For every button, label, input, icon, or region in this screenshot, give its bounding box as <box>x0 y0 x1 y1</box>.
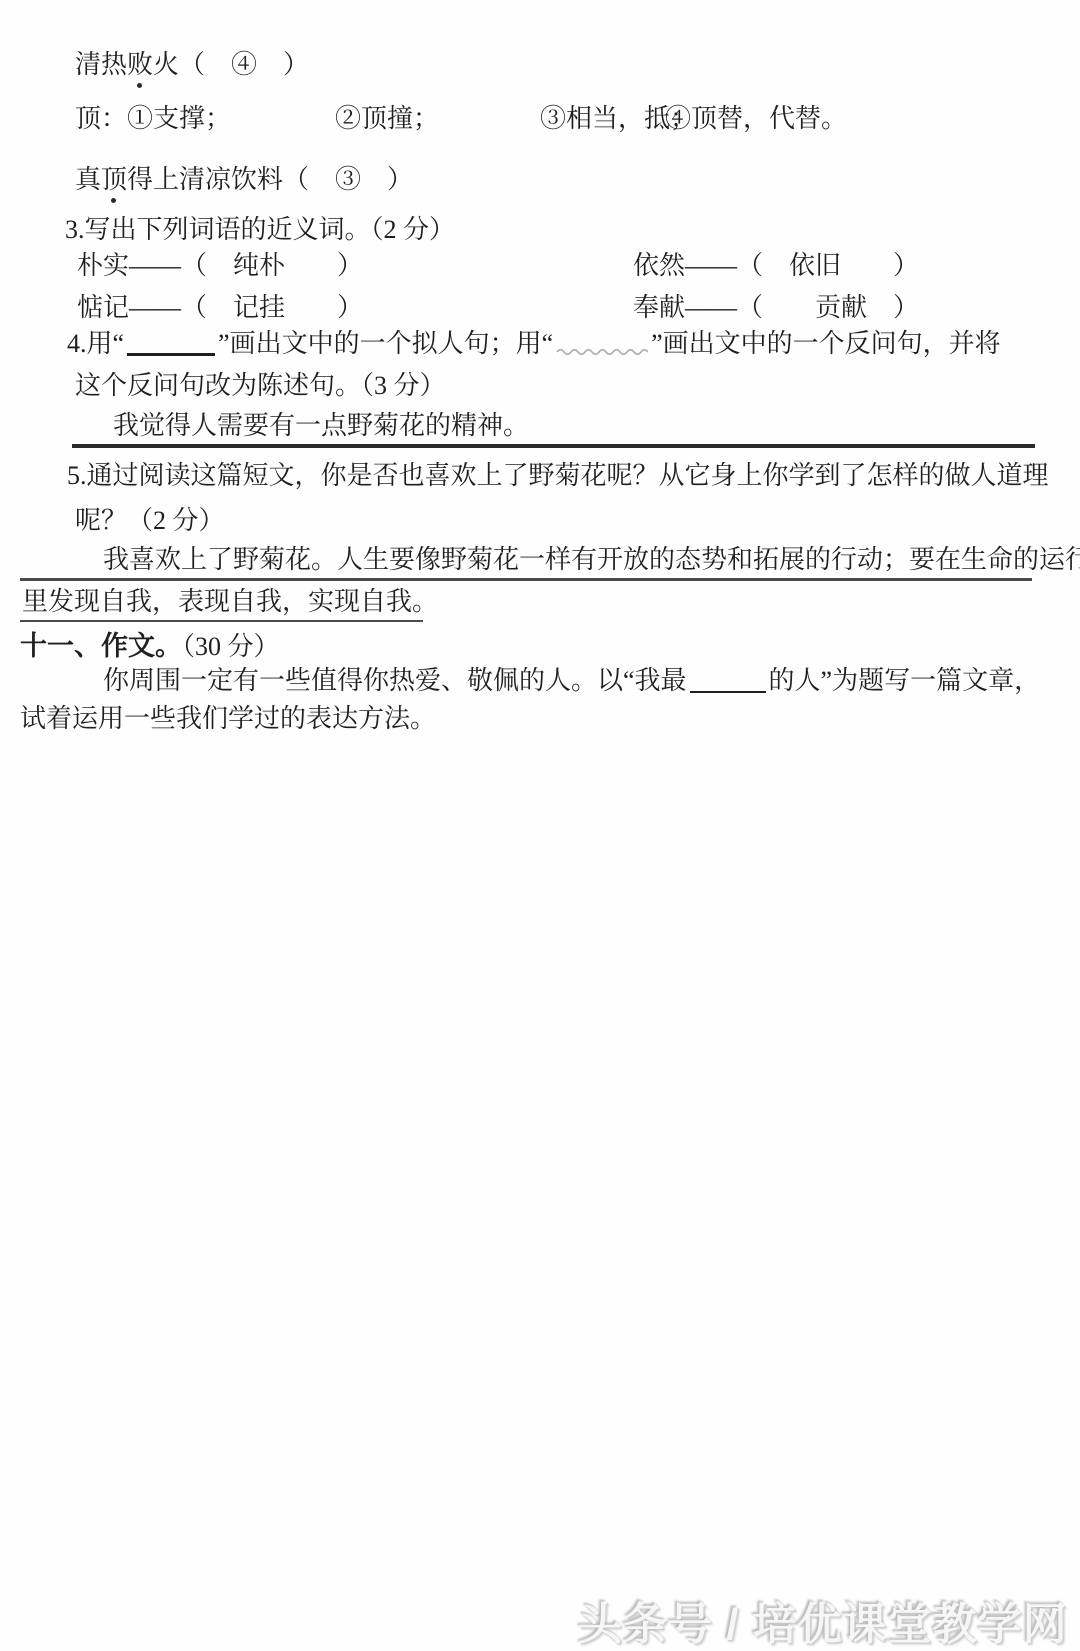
solid-underline-blank <box>127 327 215 356</box>
question-5-answer-line-2: 里发现自我，表现自我，实现自我。 <box>22 585 438 619</box>
composition-prompt-line-1: 你周围一定有一些值得你热爱、敬佩的人。以“我最的人”为题写一篇文章， <box>103 664 1040 698</box>
phrase-2-emphasized-char: 顶 <box>101 165 127 194</box>
dict-answer-phrase-2: 真顶得上清凉饮料（ ③ ） <box>75 163 413 197</box>
question-4-line-2: 这个反问句改为陈述句。（3 分） <box>75 369 446 403</box>
section-divider-line <box>72 444 1035 448</box>
dict-answer-phrase-1: 清热败火（ ④ ） <box>75 48 309 82</box>
synonym-pair-r2-right: 奉献——（ 贡献 ） <box>633 291 919 325</box>
q4-seg-3: ”画出文中的一个反问句，并将 <box>651 329 1001 358</box>
phrase-2-post: 得上清凉饮料（ ③ ） <box>127 165 413 194</box>
question-5-line-2: 呢？（2 分） <box>75 504 225 538</box>
wavy-underline-blank <box>556 346 648 356</box>
phrase-1-pre: 清热 <box>75 50 127 79</box>
watermark-text: 头条号 / 培优课堂教学网 <box>578 1588 1068 1651</box>
composition-prompt-line-2: 试着运用一些我们学过的表达方法。 <box>20 702 436 736</box>
q4-seg-1: 4.用“ <box>67 329 124 358</box>
answer-underline-1 <box>20 578 1032 581</box>
definition-4: ④顶替，代替。 <box>665 102 847 136</box>
synonym-pair-r1-left: 朴实——（ 纯朴 ） <box>77 249 363 283</box>
composition-heading-text: 十一、作文。 <box>20 631 182 661</box>
question-3-title: 3.写出下列词语的近义词。（2 分） <box>65 213 455 247</box>
question-5-answer-line-1: 我喜欢上了野菊花。人生要像野菊花一样有开放的态势和拓展的行动；要在生命的运行 <box>103 543 1080 577</box>
phrase-2-pre: 真 <box>75 165 101 194</box>
comp-seg-1: 你周围一定有一些值得你热爱、敬佩的人。以“我最 <box>103 666 687 695</box>
question-4-line-1: 4.用“”画出文中的一个拟人句；用“”画出文中的一个反问句，并将 <box>67 327 1001 361</box>
q4-seg-2: ”画出文中的一个拟人句；用“ <box>218 329 553 358</box>
question-4-answer: 我觉得人需要有一点野菊花的精神。 <box>113 409 529 443</box>
synonym-pair-r2-left: 惦记——（ 记挂 ） <box>77 291 363 325</box>
composition-section-heading: 十一、作文。（30 分） <box>20 629 280 664</box>
definition-2: ②顶撞； <box>335 102 439 136</box>
title-fill-in-blank <box>690 665 766 693</box>
phrase-1-emphasized-char: 败 <box>127 50 153 79</box>
definition-1: 顶：①支撑； <box>75 102 231 136</box>
exam-paper-page: 清热败火（ ④ ） 顶：①支撑； ②顶撞； ③相当，抵； ④顶替，代替。 真顶得… <box>0 0 1080 1651</box>
composition-score: （30 分） <box>182 632 280 661</box>
answer-underline-2 <box>20 620 423 622</box>
comp-seg-2: 的人”为题写一篇文章， <box>769 666 1041 695</box>
phrase-1-post: 火（ ④ ） <box>153 50 309 79</box>
synonym-pair-r1-right: 依然——（ 依旧 ） <box>633 249 919 283</box>
question-5-line-1: 5.通过阅读这篇短文，你是否也喜欢上了野菊花呢？从它身上你学到了怎样的做人道理 <box>67 459 1049 493</box>
